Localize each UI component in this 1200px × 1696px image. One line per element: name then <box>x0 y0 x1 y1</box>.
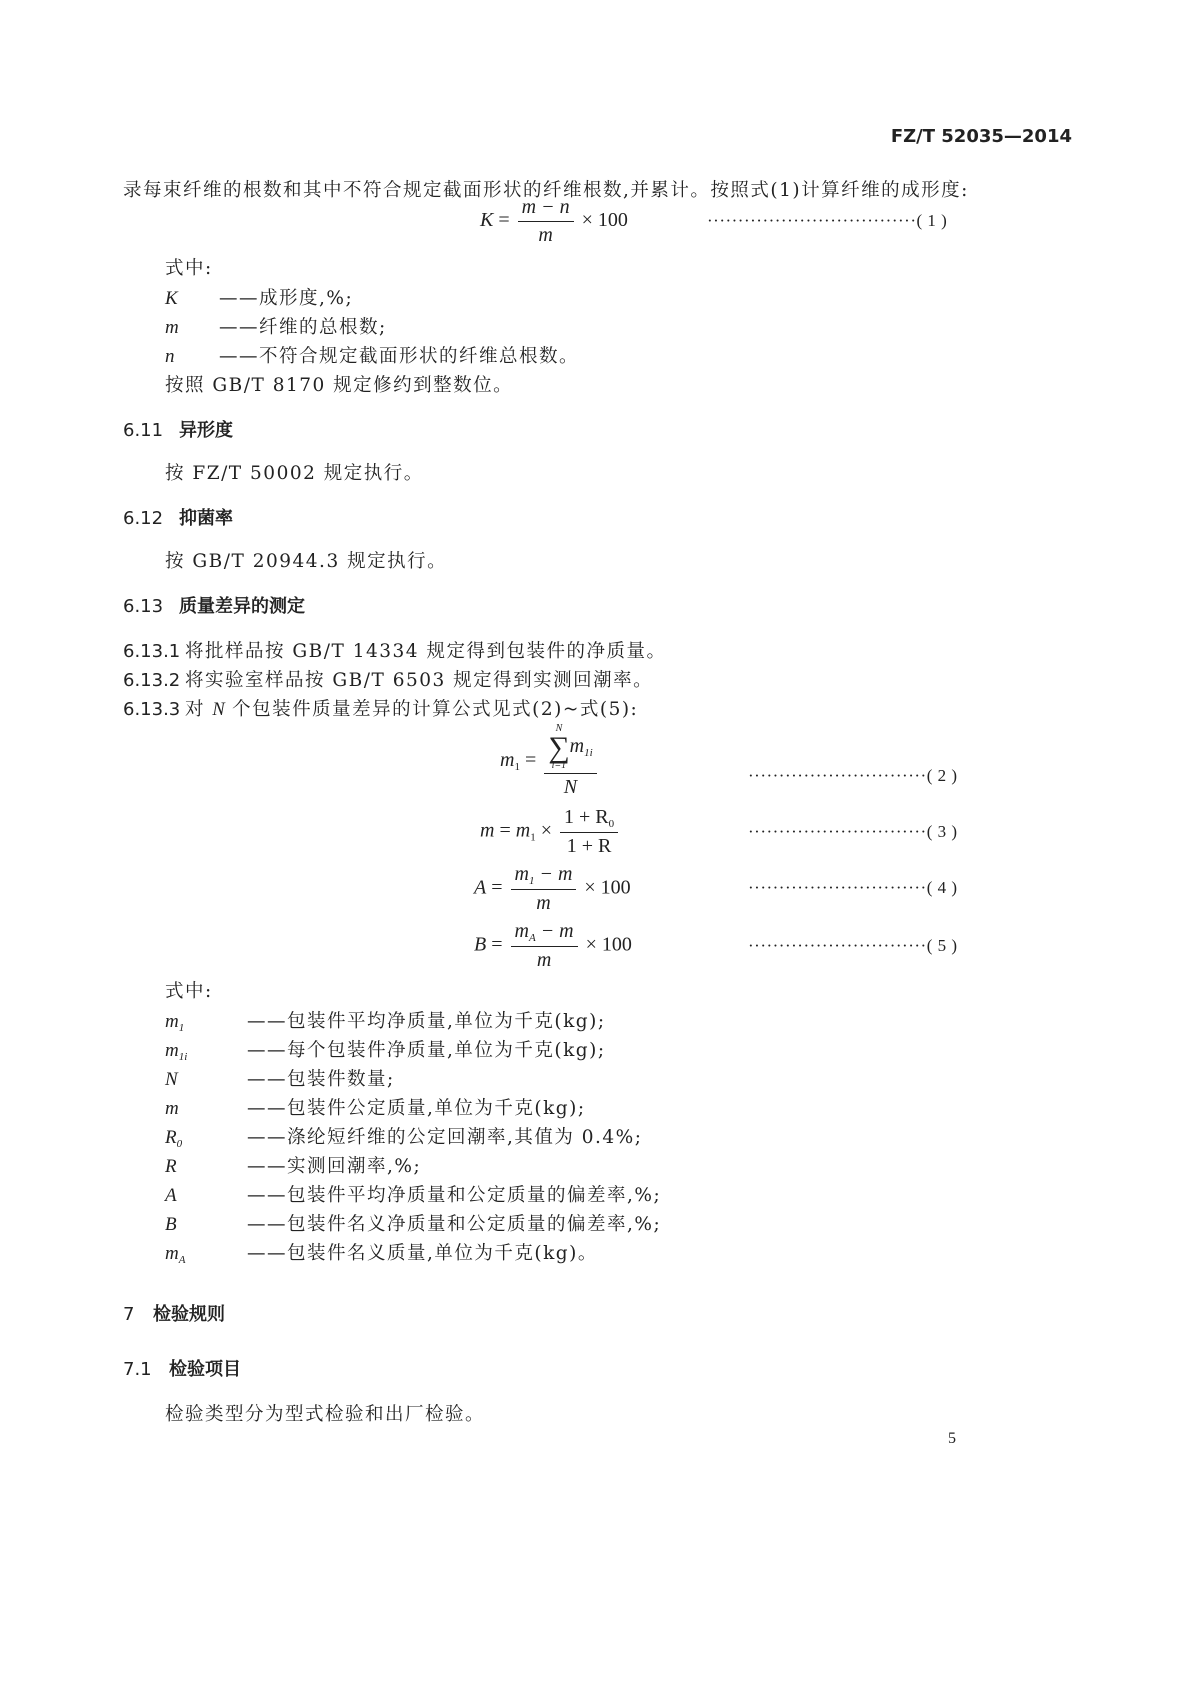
sum-symbol: N ∑ i=1 <box>548 724 569 771</box>
where1-item: n——不符合规定截面形状的纤维总根数。 <box>165 342 579 368</box>
symbol-desc: ——包装件名义净质量和公定质量的偏差率,%; <box>247 1214 661 1235</box>
page-number: 5 <box>948 1430 956 1448</box>
formula-4-fraction: m1 − m m <box>511 863 577 915</box>
symbol-letter: N <box>165 1069 178 1090</box>
symbol-desc: ——包装件平均净质量,单位为千克(kg); <box>247 1011 606 1032</box>
multiplier: × 100 <box>586 934 632 956</box>
symbol-letter: m <box>165 1098 179 1119</box>
chapter-number: 7 <box>123 1304 153 1325</box>
subscript: 0 <box>609 818 615 830</box>
symbol: n <box>165 346 219 368</box>
symbol: N <box>165 1069 247 1091</box>
section-number: 6.13 <box>123 596 179 617</box>
subscript: 1 <box>514 761 520 773</box>
formula-3-fraction: 1 + R0 1 + R <box>560 806 618 858</box>
symbol-letter: m <box>165 1243 179 1264</box>
numerator: mA − m <box>511 920 578 947</box>
chapter-title: 检验规则 <box>153 1304 225 1325</box>
formula-1-lhs: K <box>480 209 493 231</box>
term: m <box>515 863 529 885</box>
symbol-desc: ——涤纶短纤维的公定回潮率,其值为 0.4%; <box>247 1127 643 1148</box>
formula-1-number: ··································( 1 ) <box>707 211 947 231</box>
subsection-text: 对 <box>185 699 205 720</box>
equation-number: ( 5 ) <box>927 936 958 955</box>
numerator: N ∑ i=1 m1i <box>544 724 596 774</box>
numerator: m1 − m <box>511 863 577 890</box>
standard-id-header: FZ/T 52035—2014 <box>891 126 1072 147</box>
numerator-text: 1 + R <box>564 806 609 828</box>
where2-item: N——包装件数量; <box>165 1065 395 1091</box>
where2-item: R——实测回潮率,%; <box>165 1152 421 1178</box>
term: − m <box>534 863 572 885</box>
subscript: 1 <box>179 1022 185 1034</box>
formula-1-denominator: m <box>518 222 574 247</box>
where-label-2: 式中: <box>165 977 213 1003</box>
formula-lhs: m <box>500 749 514 771</box>
symbol-letter: B <box>165 1214 177 1235</box>
formula-2-number: ·····························( 2 ) <box>748 766 958 786</box>
symbol-desc: ——实测回潮率,%; <box>247 1156 421 1177</box>
section-number: 6.11 <box>123 420 179 441</box>
denominator: 1 + R <box>560 833 618 858</box>
formula-3: m = m1 × 1 + R0 1 + R <box>480 806 621 858</box>
where1-item: m——纤维的总根数; <box>165 313 387 339</box>
section-title: 抑菌率 <box>179 508 233 529</box>
subscript: 0 <box>177 1138 183 1150</box>
formula-1-numerator: m − n <box>518 196 574 222</box>
symbol-letter: m <box>165 1040 179 1061</box>
section-number: 6.12 <box>123 508 179 529</box>
section-body-6-12: 按 GB/T 20944.3 规定执行。 <box>165 547 447 573</box>
formula-lhs: m <box>480 820 494 842</box>
symbol-desc: ——包装件公定质量,单位为千克(kg); <box>247 1098 586 1119</box>
symbol: mA <box>165 1243 247 1266</box>
symbol: R0 <box>165 1127 247 1150</box>
where2-item: mA——包装件名义质量,单位为千克(kg)。 <box>165 1239 598 1266</box>
subscript: A <box>179 1254 186 1266</box>
formula-2-fraction: N ∑ i=1 m1i N <box>544 724 596 799</box>
symbol-letter: R <box>165 1127 177 1148</box>
section-heading-7-1: 7.1检验项目 <box>123 1355 241 1381</box>
leader-dots: ····························· <box>748 766 927 785</box>
formula-4: A = m1 − m m × 100 <box>474 863 631 915</box>
section-heading-6-12: 6.12抑菌率 <box>123 504 233 530</box>
equation-number: ( 1 ) <box>916 211 947 230</box>
symbol: m <box>165 317 219 339</box>
symbol: m1i <box>165 1040 247 1063</box>
where2-item: m1——包装件平均净质量,单位为千克(kg); <box>165 1007 606 1034</box>
subsection-6-13-2: 6.13.2将实验室样品按 GB/T 6503 规定得到实测回潮率。 <box>123 666 653 692</box>
subscript: 1i <box>584 747 593 759</box>
where-label-1: 式中: <box>165 254 213 280</box>
where2-item: m1i——每个包装件净质量,单位为千克(kg); <box>165 1036 606 1063</box>
chapter-heading-7: 7检验规则 <box>123 1300 225 1326</box>
numerator: 1 + R0 <box>560 806 618 833</box>
symbol: m <box>165 1098 247 1120</box>
subscript: A <box>529 932 536 944</box>
where2-item: m——包装件公定质量,单位为千克(kg); <box>165 1094 586 1120</box>
formula-1-multiplier: × 100 <box>582 209 628 231</box>
symbol-desc: ——包装件平均净质量和公定质量的偏差率,%; <box>247 1185 661 1206</box>
section-title: 质量差异的测定 <box>179 596 305 617</box>
where1-item: K——成形度,%; <box>165 284 353 310</box>
sigma-glyph: ∑ <box>548 734 569 761</box>
subsection-text: 个包装件质量差异的计算公式见式(2)~式(5): <box>232 699 638 720</box>
formula-2: m1 = N ∑ i=1 m1i N <box>500 724 600 799</box>
subsection-text: 将实验室样品按 GB/T 6503 规定得到实测回潮率。 <box>185 670 653 691</box>
symbol-desc: ——包装件名义质量,单位为千克(kg)。 <box>247 1243 598 1264</box>
leader-dots: ····························· <box>748 878 927 897</box>
section-body-7-1: 检验类型分为型式检验和出厂检验。 <box>165 1400 485 1426</box>
denominator: m <box>511 890 577 915</box>
formula-1-fraction: m − n m <box>518 196 574 247</box>
section-number: 7.1 <box>123 1359 169 1380</box>
formula-5: B = mA − m m × 100 <box>474 920 632 972</box>
where2-item: R0——涤纶短纤维的公定回潮率,其值为 0.4%; <box>165 1123 643 1150</box>
leader-dots: ····························· <box>748 822 927 841</box>
where2-item: A——包装件平均净质量和公定质量的偏差率,%; <box>165 1181 661 1207</box>
equation-number: ( 2 ) <box>927 766 958 785</box>
symbol: A <box>165 1185 247 1207</box>
equation-number: ( 4 ) <box>927 878 958 897</box>
section-body-6-11: 按 FZ/T 50002 规定执行。 <box>165 459 424 485</box>
symbol: m1 <box>165 1011 247 1034</box>
formula-lhs: A <box>474 877 486 899</box>
symbol: R <box>165 1156 247 1178</box>
sum-term: m <box>570 735 584 757</box>
formula-5-number: ·····························( 5 ) <box>748 936 958 956</box>
leader-dots: ·································· <box>707 211 916 230</box>
subsection-number: 6.13.1 <box>123 641 185 662</box>
subsection-6-13-3: 6.13.3对 N 个包装件质量差异的计算公式见式(2)~式(5): <box>123 695 638 721</box>
symbol-N: N <box>212 700 224 720</box>
subscript: 1 <box>530 832 536 844</box>
leader-dots: ····························· <box>748 936 927 955</box>
formula-1: K = m − n m × 100 <box>480 196 628 247</box>
symbol-letter: A <box>165 1185 177 1206</box>
symbol-letter: R <box>165 1156 177 1177</box>
term: m <box>515 920 529 942</box>
denominator: N <box>544 774 596 799</box>
formula-3-number: ·····························( 3 ) <box>748 822 958 842</box>
symbol-desc: ——纤维的总根数; <box>219 317 387 338</box>
where2-item: B——包装件名义净质量和公定质量的偏差率,%; <box>165 1210 661 1236</box>
symbol-desc: ——包装件数量; <box>247 1069 395 1090</box>
subsection-6-13-1: 6.13.1将批样品按 GB/T 14334 规定得到包装件的净质量。 <box>123 637 666 663</box>
formula-5-fraction: mA − m m <box>511 920 578 972</box>
formula-lhs: B <box>474 934 486 956</box>
symbol: B <box>165 1214 247 1236</box>
symbol-desc: ——每个包装件净质量,单位为千克(kg); <box>247 1040 606 1061</box>
rounding-note: 按照 GB/T 8170 规定修约到整数位。 <box>165 371 513 397</box>
symbol-letter: m <box>165 1011 179 1032</box>
equation-number: ( 3 ) <box>927 822 958 841</box>
symbol-desc: ——成形度,%; <box>219 288 353 309</box>
standard-id-text: FZ/T 52035—2014 <box>891 126 1072 147</box>
subscript: 1i <box>179 1051 188 1063</box>
section-heading-6-11: 6.11异形度 <box>123 416 233 442</box>
formula-4-number: ·····························( 4 ) <box>748 878 958 898</box>
subsection-text: 将批样品按 GB/T 14334 规定得到包装件的净质量。 <box>185 641 666 662</box>
term: m <box>516 820 530 842</box>
symbol-desc: ——不符合规定截面形状的纤维总根数。 <box>219 346 579 367</box>
section-title: 检验项目 <box>169 1359 241 1380</box>
section-title: 异形度 <box>179 420 233 441</box>
term: − m <box>536 920 574 942</box>
subsection-number: 6.13.2 <box>123 670 185 691</box>
multiplier: × 100 <box>584 877 630 899</box>
section-heading-6-13: 6.13质量差异的测定 <box>123 592 305 618</box>
denominator: m <box>511 947 578 972</box>
symbol: K <box>165 288 219 310</box>
subsection-number: 6.13.3 <box>123 699 185 720</box>
